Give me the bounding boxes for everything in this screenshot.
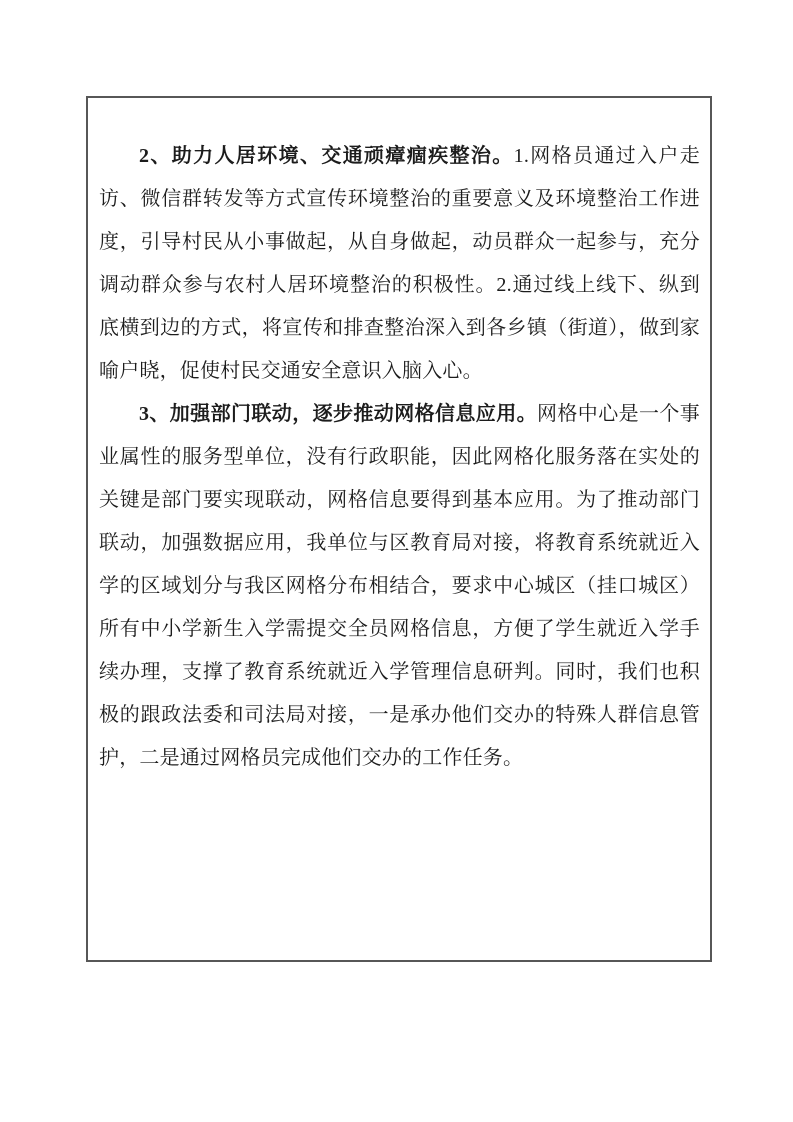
paragraph-environment-improvement: 2、助力人居环境、交通顽瘴痼疾整治。1.网格员通过入户走访、微信群转发等方式宣传… — [99, 135, 700, 393]
paragraph-heading: 2、助力人居环境、交通顽瘴痼疾整治。 — [139, 145, 514, 167]
document-page: 2、助力人居环境、交通顽瘴痼疾整治。1.网格员通过入户走访、微信群转发等方式宣传… — [0, 0, 793, 1122]
paragraph-body: 1.网格员通过入户走访、微信群转发等方式宣传环境整治的重要意义及环境整治工作进度… — [99, 145, 700, 382]
table-cell: 2、助力人居环境、交通顽瘴痼疾整治。1.网格员通过入户走访、微信群转发等方式宣传… — [86, 96, 712, 962]
paragraph-department-linkage: 3、加强部门联动，逐步推动网格信息应用。网格中心是一个事业属性的服务型单位，没有… — [99, 393, 700, 780]
paragraph-heading: 3、加强部门联动，逐步推动网格信息应用。 — [139, 403, 537, 425]
paragraph-body: 网格中心是一个事业属性的服务型单位，没有行政职能，因此网格化服务落在实处的关键是… — [99, 403, 700, 769]
